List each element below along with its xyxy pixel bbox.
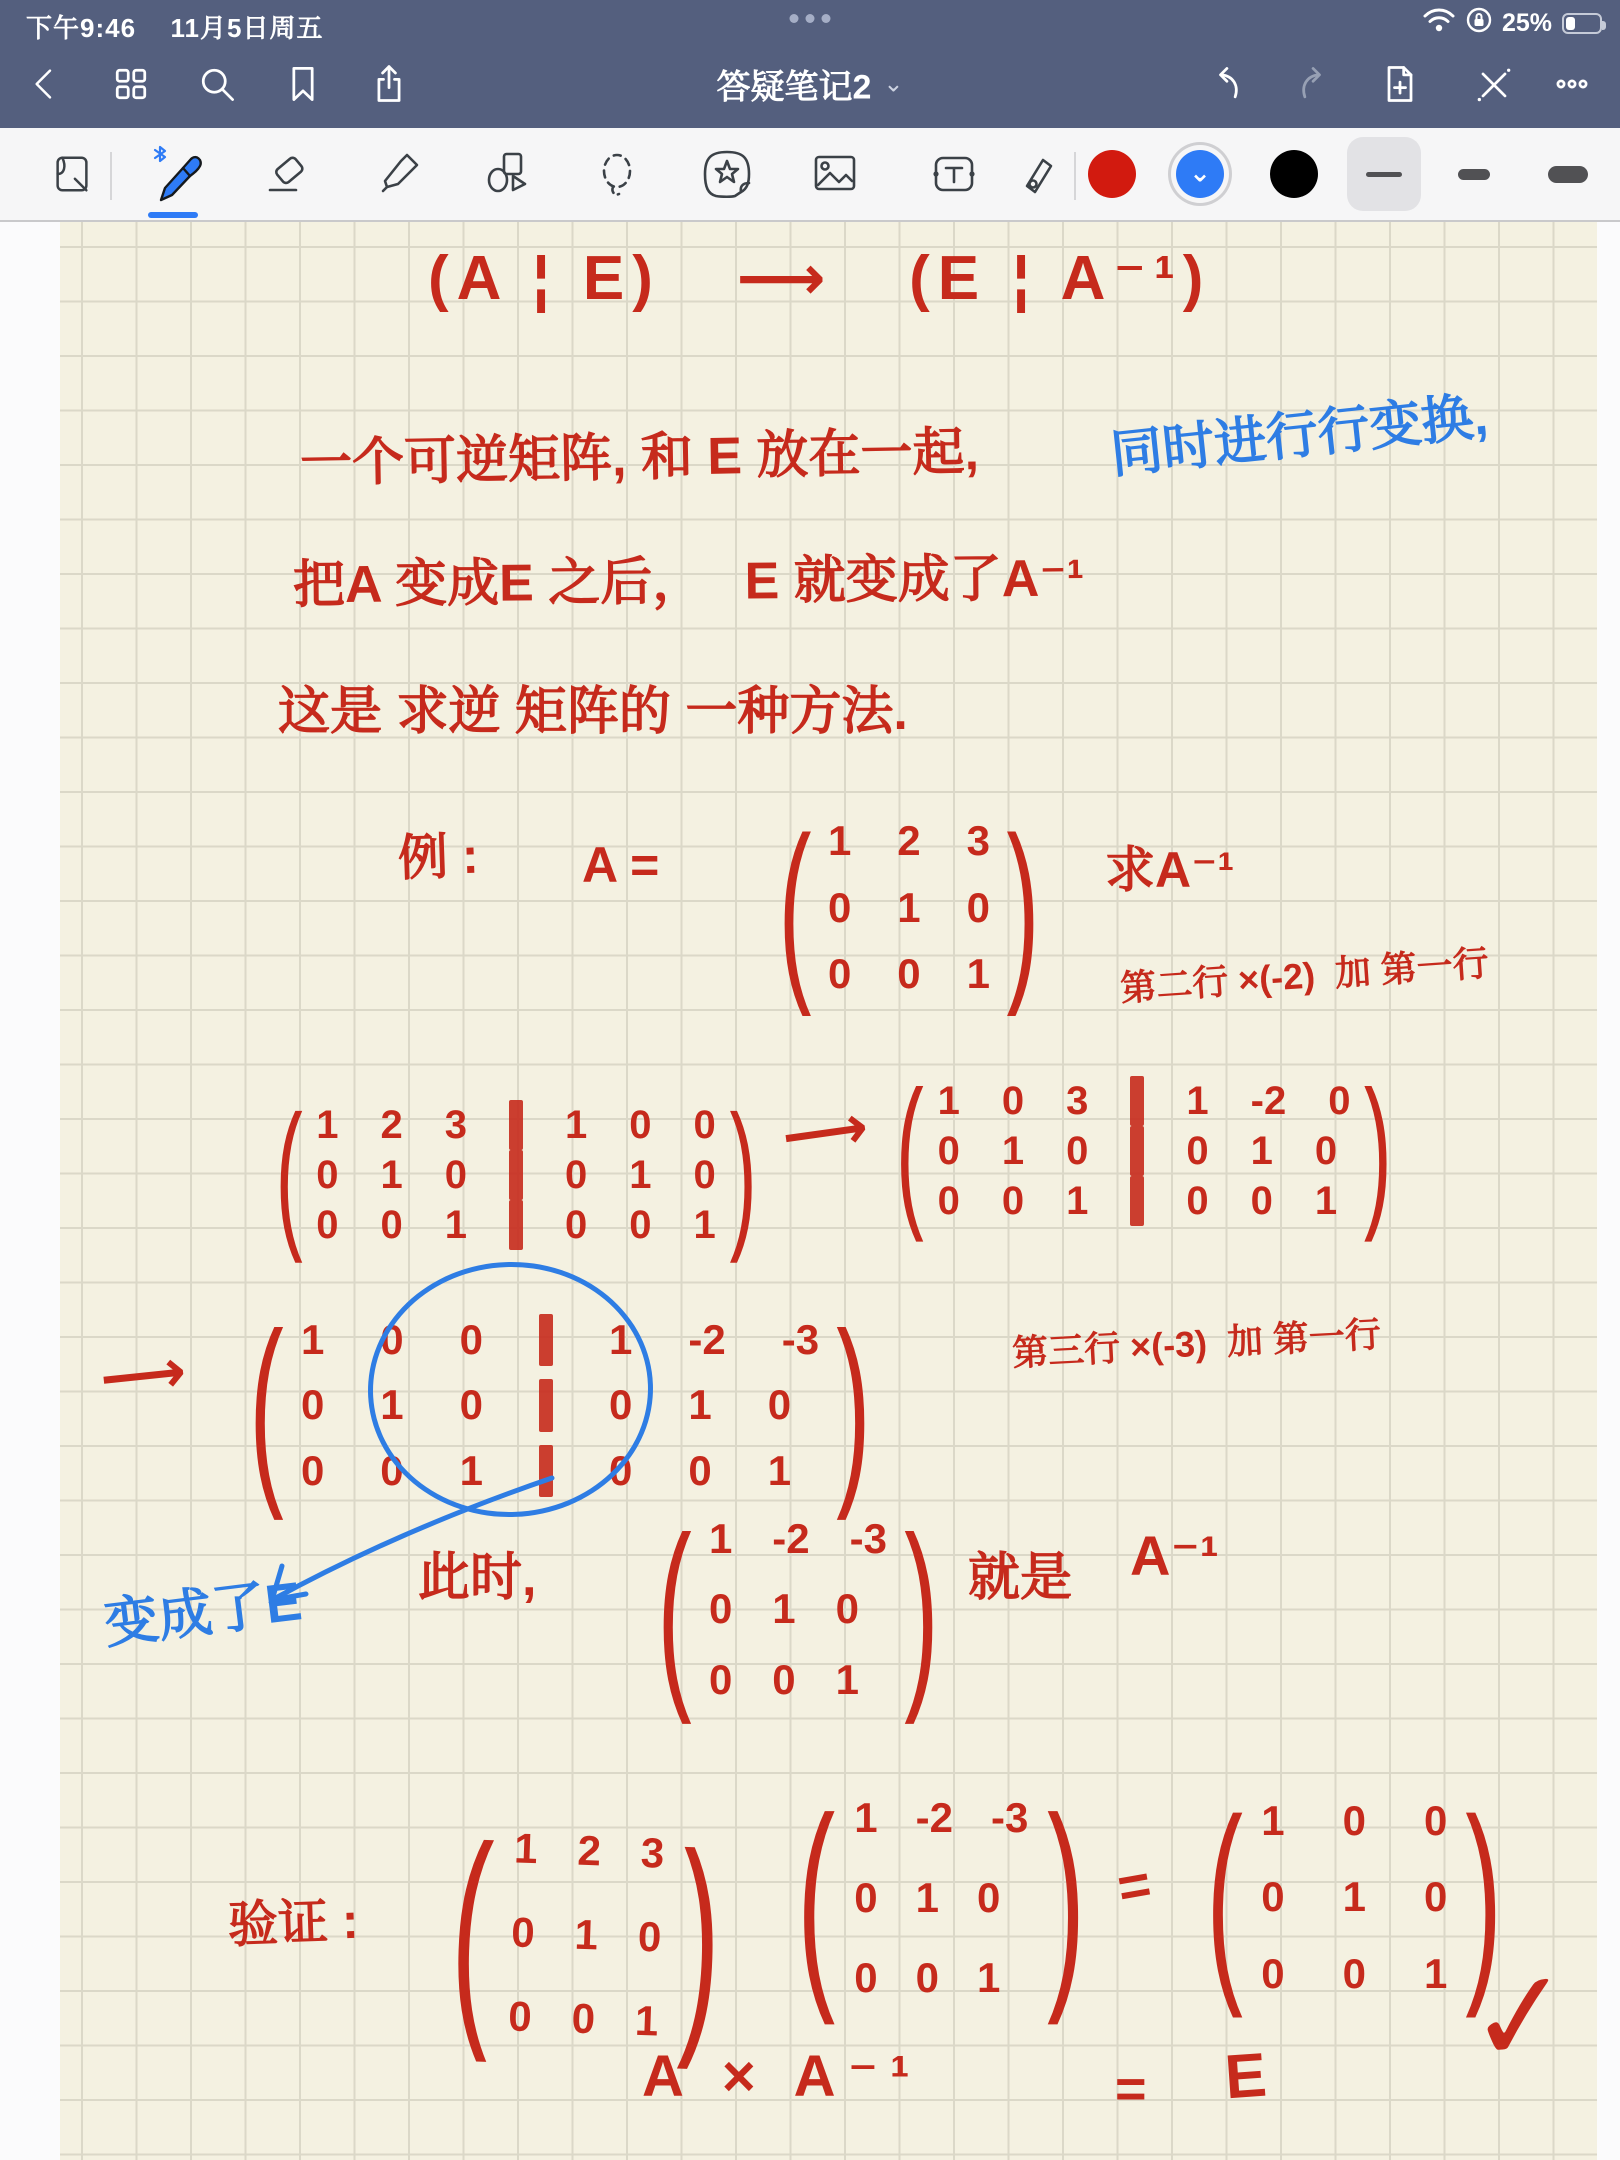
share-icon[interactable] [363, 58, 415, 110]
battery-icon [1562, 13, 1602, 34]
eraser-tool-icon[interactable] [256, 142, 320, 206]
color-swatch-red[interactable] [1088, 150, 1136, 198]
text-tool-icon[interactable] [922, 142, 986, 206]
page-sidebar-icon[interactable] [40, 142, 104, 206]
selected-tool-indicator [148, 212, 198, 218]
top-chrome: 下午9:46 11月5日周五 [0, 0, 1620, 128]
search-icon[interactable] [191, 58, 243, 110]
crossed-lines-icon[interactable] [1468, 58, 1520, 110]
add-page-icon[interactable] [1374, 58, 1426, 110]
multitask-dots-icon [790, 14, 831, 23]
image-tool-icon[interactable] [803, 142, 867, 206]
thickness-thick[interactable] [1531, 137, 1605, 211]
goodnotes-app: 下午9:46 11月5日周五 [0, 0, 1620, 2160]
undo-icon[interactable] [1200, 58, 1252, 110]
thickness-thin-selected[interactable] [1347, 137, 1421, 211]
toolbar-divider [1074, 152, 1076, 200]
thickness-medium[interactable] [1437, 137, 1511, 211]
status-bar: 下午9:46 11月5日周五 [0, 0, 1620, 40]
wifi-icon [1422, 7, 1456, 40]
tools-toolbar: ⌄ [0, 128, 1620, 222]
bookmark-icon[interactable] [277, 58, 329, 110]
document-title[interactable]: 答疑笔记2 ⌄ [716, 60, 903, 109]
rotation-lock-icon [1466, 7, 1492, 40]
highlighter-tool-icon[interactable] [368, 142, 432, 206]
more-ellipsis-icon[interactable] [1546, 58, 1598, 110]
color-swatch-blue-selected[interactable]: ⌄ [1176, 150, 1224, 198]
shapes-tool-icon[interactable] [477, 142, 541, 206]
back-icon[interactable] [19, 58, 71, 110]
note-canvas[interactable] [0, 222, 1620, 2160]
tape-tool-icon[interactable] [1003, 142, 1067, 206]
status-date: 11月5日周五 [171, 13, 324, 43]
lasso-tool-icon[interactable] [585, 142, 649, 206]
stickers-tool-icon[interactable] [695, 142, 759, 206]
grid-paper[interactable] [60, 222, 1597, 2160]
chevron-down-icon: ⌄ [1189, 157, 1211, 188]
color-swatch-black[interactable] [1270, 150, 1318, 198]
toolbar-divider [110, 152, 112, 200]
battery-percent: 25% [1502, 9, 1552, 38]
pen-tool-icon[interactable] [144, 142, 208, 206]
redo-icon[interactable] [1288, 58, 1340, 110]
status-time: 下午9:46 [26, 13, 136, 43]
nav-bar: 答疑笔记2 ⌄ [0, 40, 1620, 128]
title-chevron-icon: ⌄ [883, 70, 903, 99]
thumbnails-grid-icon[interactable] [105, 58, 157, 110]
